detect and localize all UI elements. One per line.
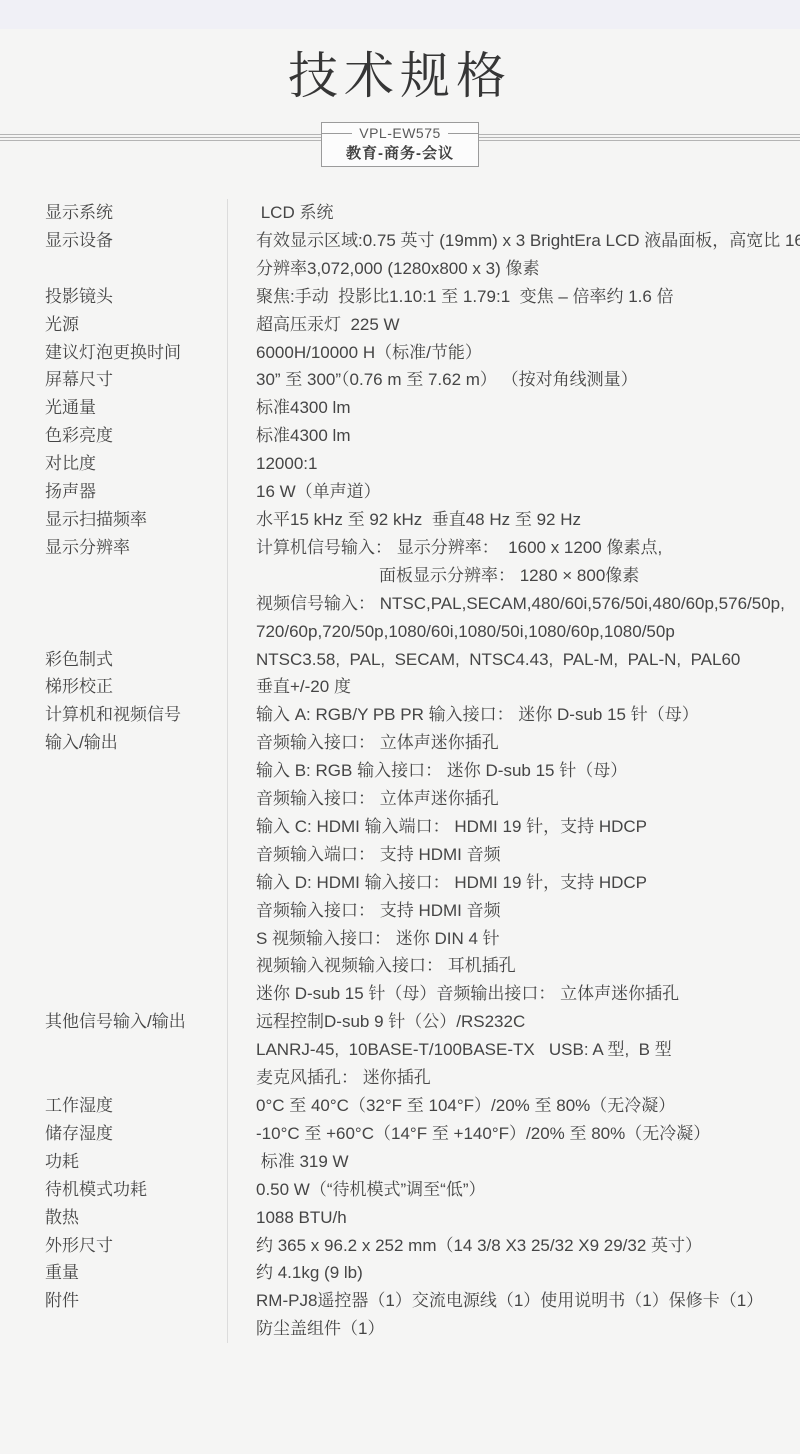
spec-value-line: 输入 C: HDMI 输入端口： HDMI 19 针，支持 HDCP (256, 813, 800, 841)
badge-right-line (448, 133, 478, 134)
spec-value-line: 6000H/10000 H（标准/节能） (256, 339, 800, 367)
spec-row: 对比度12000:1 (45, 450, 800, 478)
spec-label: 色彩亮度 (45, 422, 227, 450)
spec-row: 光源超高压汞灯 225 W (45, 311, 800, 339)
spec-value: 约 4.1kg (9 lb) (227, 1259, 800, 1287)
spec-value-line: 标准4300 lm (256, 422, 800, 450)
spec-value-line: 音频输入接口： 立体声迷你插孔 (256, 729, 800, 757)
spec-value-line: 0.50 W（“待机模式”调至“低”） (256, 1176, 800, 1204)
spec-label: 功耗 (45, 1148, 227, 1176)
spec-value-line: 0°C 至 40°C（32°F 至 104°F）/20% 至 80%（无冷凝） (256, 1092, 800, 1120)
spec-row: 储存湿度-10°C 至 +60°C（14°F 至 +140°F）/20% 至 8… (45, 1120, 800, 1148)
spec-row: 建议灯泡更换时间6000H/10000 H（标准/节能） (45, 339, 800, 367)
spec-label: 对比度 (45, 450, 227, 478)
spec-row: 其他信号输入/输出远程控制D-sub 9 针（公）/RS232CLANRJ-45… (45, 1008, 800, 1092)
spec-value-line: 迷你 D-sub 15 针（母）音频输出接口： 立体声迷你插孔 (256, 980, 800, 1008)
spec-value-line: 计算机信号输入： 显示分辨率： 1600 x 1200 像素点, (256, 534, 800, 562)
spec-label: 光源 (45, 311, 227, 339)
spec-value-line: 聚焦:手动 投影比1.10:1 至 1.79:1 变焦 – 倍率约 1.6 倍 (256, 283, 800, 311)
badge-left-line (322, 133, 352, 134)
spec-value-line: 超高压汞灯 225 W (256, 311, 800, 339)
spec-label: 投影镜头 (45, 283, 227, 311)
spec-value: 计算机信号输入： 显示分辨率： 1600 x 1200 像素点,面板显示分辨率：… (227, 534, 800, 646)
spec-label: 计算机和视频信号 输入/输出 (45, 701, 227, 1008)
spec-value-line: 音频输入端口： 支持 HDMI 音频 (256, 841, 800, 869)
spec-row: 待机模式功耗0.50 W（“待机模式”调至“低”） (45, 1176, 800, 1204)
spec-value: 标准 319 W (227, 1148, 800, 1176)
spec-label: 储存湿度 (45, 1120, 227, 1148)
spec-row: 重量约 4.1kg (9 lb) (45, 1259, 800, 1287)
spec-value-line: 约 365 x 96.2 x 252 mm（14 3/8 X3 25/32 X9… (256, 1232, 800, 1260)
spec-row: 工作湿度0°C 至 40°C（32°F 至 104°F）/20% 至 80%（无… (45, 1092, 800, 1120)
spec-label: 建议灯泡更换时间 (45, 339, 227, 367)
spec-row: 显示扫描频率水平15 kHz 至 92 kHz 垂直48 Hz 至 92 Hz (45, 506, 800, 534)
spec-label: 显示分辨率 (45, 534, 227, 646)
spec-row: 计算机和视频信号 输入/输出输入 A: RGB/Y PB PR 输入接口： 迷你… (45, 701, 800, 1008)
spec-label: 梯形校正 (45, 673, 227, 701)
spec-value-line: 垂直+/-20 度 (256, 673, 800, 701)
spec-value-line: 约 4.1kg (9 lb) (256, 1259, 800, 1287)
spec-value-line: 音频输入接口： 支持 HDMI 音频 (256, 897, 800, 925)
spec-value: 远程控制D-sub 9 针（公）/RS232CLANRJ-45, 10BASE-… (227, 1008, 800, 1092)
spec-value-line: LCD 系统 (256, 199, 800, 227)
spec-value-line: 标准 319 W (256, 1148, 800, 1176)
spec-value-line: 30” 至 300”（0.76 m 至 7.62 m） （按对角线测量） (256, 366, 800, 394)
spec-value-line: 标准4300 lm (256, 394, 800, 422)
spec-value: 1088 BTU/h (227, 1204, 800, 1232)
spec-value-line: 视频输入视频输入接口： 耳机插孔 (256, 952, 800, 980)
spec-row: 显示设备有效显示区域:0.75 英寸 (19mm) x 3 BrightEra … (45, 227, 800, 283)
spec-value: 聚焦:手动 投影比1.10:1 至 1.79:1 变焦 – 倍率约 1.6 倍 (227, 283, 800, 311)
spec-label: 扬声器 (45, 478, 227, 506)
spec-row: 附件RM-PJ8遥控器（1）交流电源线（1）使用说明书（1）保修卡（1）防尘盖组… (45, 1287, 800, 1343)
spec-value-line: 有效显示区域:0.75 英寸 (19mm) x 3 BrightEra LCD … (256, 227, 800, 255)
spec-label: 外形尺寸 (45, 1232, 227, 1260)
spec-label: 显示系统 (45, 199, 227, 227)
spec-value: 0.50 W（“待机模式”调至“低”） (227, 1176, 800, 1204)
spec-row: 扬声器16 W（单声道） (45, 478, 800, 506)
spec-value: 约 365 x 96.2 x 252 mm（14 3/8 X3 25/32 X9… (227, 1232, 800, 1260)
spec-row: 散热1088 BTU/h (45, 1204, 800, 1232)
spec-value-line: NTSC3.58, PAL, SECAM, NTSC4.43, PAL-M, P… (256, 646, 800, 674)
spec-row: 光通量标准4300 lm (45, 394, 800, 422)
spec-value: NTSC3.58, PAL, SECAM, NTSC4.43, PAL-M, P… (227, 646, 800, 674)
spec-value-line: 输入 D: HDMI 输入接口： HDMI 19 针，支持 HDCP (256, 869, 800, 897)
spec-label: 显示设备 (45, 227, 227, 283)
spec-value-line: 音频输入接口： 立体声迷你插孔 (256, 785, 800, 813)
spec-value: 16 W（单声道） (227, 478, 800, 506)
page-title: 技术规格 (0, 47, 800, 106)
spec-value-line: 远程控制D-sub 9 针（公）/RS232C (256, 1008, 800, 1036)
spec-value-line: S 视频输入接口： 迷你 DIN 4 针 (256, 925, 800, 953)
spec-label: 显示扫描频率 (45, 506, 227, 534)
spec-label: 工作湿度 (45, 1092, 227, 1120)
spec-value-line: 分辨率3,072,000 (1280x800 x 3) 像素 (256, 255, 800, 283)
spec-value-line: LANRJ-45, 10BASE-T/100BASE-TX USB: A 型, … (256, 1036, 800, 1064)
spec-value-line: 水平15 kHz 至 92 kHz 垂直48 Hz 至 92 Hz (256, 506, 800, 534)
spec-value-line: 面板显示分辨率： 1280 × 800像素 (256, 562, 800, 590)
spec-value: 标准4300 lm (227, 422, 800, 450)
spec-value: LCD 系统 (227, 199, 800, 227)
spec-label: 散热 (45, 1204, 227, 1232)
spec-table: 显示系统 LCD 系统显示设备有效显示区域:0.75 英寸 (19mm) x 3… (0, 199, 800, 1343)
spec-value: 有效显示区域:0.75 英寸 (19mm) x 3 BrightEra LCD … (227, 227, 800, 283)
spec-value-line: 麦克风插孔： 迷你插孔 (256, 1064, 800, 1092)
spec-value: 垂直+/-20 度 (227, 673, 800, 701)
spec-value-line: 输入 A: RGB/Y PB PR 输入接口： 迷你 D-sub 15 针（母） (256, 701, 800, 729)
page-header: 技术规格 VPL-EW575 教育-商务-会议 (0, 0, 800, 199)
model-name: VPL-EW575 (352, 125, 448, 141)
spec-value-line: 720/60p,720/50p,1080/60i,1080/50i,1080/6… (256, 618, 800, 646)
spec-value-line: 视频信号输入： NTSC,PAL,SECAM,480/60i,576/50i,4… (256, 590, 800, 618)
spec-value: 输入 A: RGB/Y PB PR 输入接口： 迷你 D-sub 15 针（母）… (227, 701, 800, 1008)
spec-value: 超高压汞灯 225 W (227, 311, 800, 339)
spec-row: 梯形校正垂直+/-20 度 (45, 673, 800, 701)
spec-row: 显示系统 LCD 系统 (45, 199, 800, 227)
spec-value: 0°C 至 40°C（32°F 至 104°F）/20% 至 80%（无冷凝） (227, 1092, 800, 1120)
spec-value-line: 输入 B: RGB 输入接口： 迷你 D-sub 15 针（母） (256, 757, 800, 785)
model-tagline: 教育-商务-会议 (322, 142, 478, 163)
spec-value: 30” 至 300”（0.76 m 至 7.62 m） （按对角线测量） (227, 366, 800, 394)
spec-value: 标准4300 lm (227, 394, 800, 422)
spec-row: 功耗 标准 319 W (45, 1148, 800, 1176)
model-badge-top: VPL-EW575 (322, 125, 478, 141)
spec-value: -10°C 至 +60°C（14°F 至 +140°F）/20% 至 80%（无… (227, 1120, 800, 1148)
spec-row: 投影镜头聚焦:手动 投影比1.10:1 至 1.79:1 变焦 – 倍率约 1.… (45, 283, 800, 311)
spec-value: 水平15 kHz 至 92 kHz 垂直48 Hz 至 92 Hz (227, 506, 800, 534)
spec-value-line: 1088 BTU/h (256, 1204, 800, 1232)
spec-label: 屏幕尺寸 (45, 366, 227, 394)
spec-row: 屏幕尺寸30” 至 300”（0.76 m 至 7.62 m） （按对角线测量） (45, 366, 800, 394)
spec-label: 重量 (45, 1259, 227, 1287)
spec-row: 外形尺寸约 365 x 96.2 x 252 mm（14 3/8 X3 25/3… (45, 1232, 800, 1260)
spec-row: 彩色制式NTSC3.58, PAL, SECAM, NTSC4.43, PAL-… (45, 646, 800, 674)
spec-value: 12000:1 (227, 450, 800, 478)
spec-value-line: RM-PJ8遥控器（1）交流电源线（1）使用说明书（1）保修卡（1） (256, 1287, 800, 1315)
spec-value: RM-PJ8遥控器（1）交流电源线（1）使用说明书（1）保修卡（1）防尘盖组件（… (227, 1287, 800, 1343)
spec-value-line: 16 W（单声道） (256, 478, 800, 506)
spec-row: 显示分辨率计算机信号输入： 显示分辨率： 1600 x 1200 像素点,面板显… (45, 534, 800, 646)
spec-label: 其他信号输入/输出 (45, 1008, 227, 1092)
spec-label: 附件 (45, 1287, 227, 1343)
spec-label: 彩色制式 (45, 646, 227, 674)
spec-value: 6000H/10000 H（标准/节能） (227, 339, 800, 367)
spec-value-line: 防尘盖组件（1） (256, 1315, 800, 1343)
spec-value-line: 12000:1 (256, 450, 800, 478)
spec-value-line: -10°C 至 +60°C（14°F 至 +140°F）/20% 至 80%（无… (256, 1120, 800, 1148)
spec-label: 光通量 (45, 394, 227, 422)
spec-row: 色彩亮度标准4300 lm (45, 422, 800, 450)
model-badge: VPL-EW575 教育-商务-会议 (321, 122, 479, 167)
spec-label: 待机模式功耗 (45, 1176, 227, 1204)
